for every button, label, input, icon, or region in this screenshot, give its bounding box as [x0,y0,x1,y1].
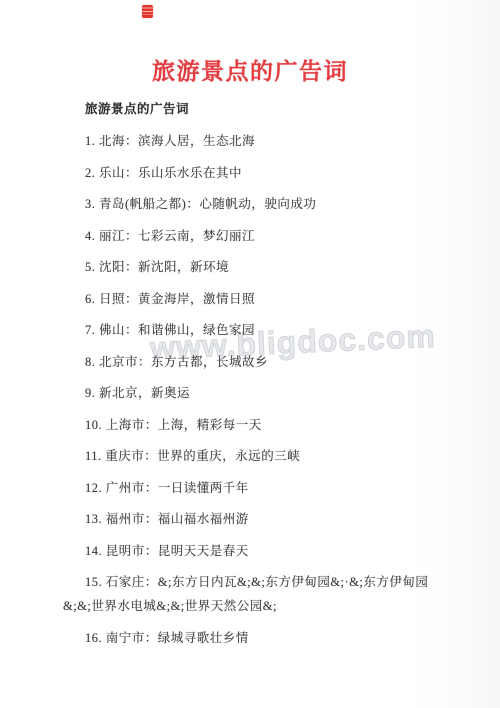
slogan-item-3: 3. 青岛(帆船之都)：心随帆动，驶向成功 [63,192,442,216]
slogan-item-16: 16. 南宁市：绿城寻歌壮乡情 [63,626,442,650]
slogan-item-5: 5. 沈阳：新沈阳，新环境 [63,255,442,279]
slogan-item-8: 8. 北京市：东方古都，长城故乡 [63,350,442,374]
slogan-item-14: 14. 昆明市：昆明天天是春天 [63,539,442,563]
slogan-item-1: 1. 北海：滨海人居，生态北海 [63,129,442,153]
slogan-item-13: 13. 福州市：福山福水福州游 [63,507,442,531]
slogan-item-2: 2. 乐山：乐山乐水乐在其中 [63,161,442,185]
slogan-item-6: 6. 日照：黄金海岸，激情日照 [63,287,442,311]
slogan-item-4: 4. 丽江：七彩云南，梦幻丽江 [63,224,442,248]
document-heading: 旅游景点的广告词 [63,97,442,121]
document-body: 旅游景点的广告词 1. 北海：滨海人居，生态北海 2. 乐山：乐山乐水乐在其中 … [0,97,500,657]
slogan-item-15: 15. 石家庄：&;东方日内瓦&;&;东方伊甸园&;·&;东方伊甸园&;&;世界… [63,570,442,618]
page-title: 旅游景点的广告词 [0,57,500,87]
slogan-item-12: 12. 广州市：一日读懂两千年 [63,476,442,500]
document-page: 旅游景点的广告词 www.bligdoc.com 旅游景点的广告词 1. 北海：… [0,0,500,708]
slogan-item-11: 11. 重庆市：世界的重庆，永远的三峡 [63,444,442,468]
slogan-item-9: 9. 新北京，新奥运 [63,381,442,405]
slogan-item-10: 10. 上海市：上海，精彩每一天 [63,413,442,437]
slogan-item-7: 7. 佛山：和谐佛山，绿色家园 [63,318,442,342]
red-stamp-icon [142,5,153,18]
